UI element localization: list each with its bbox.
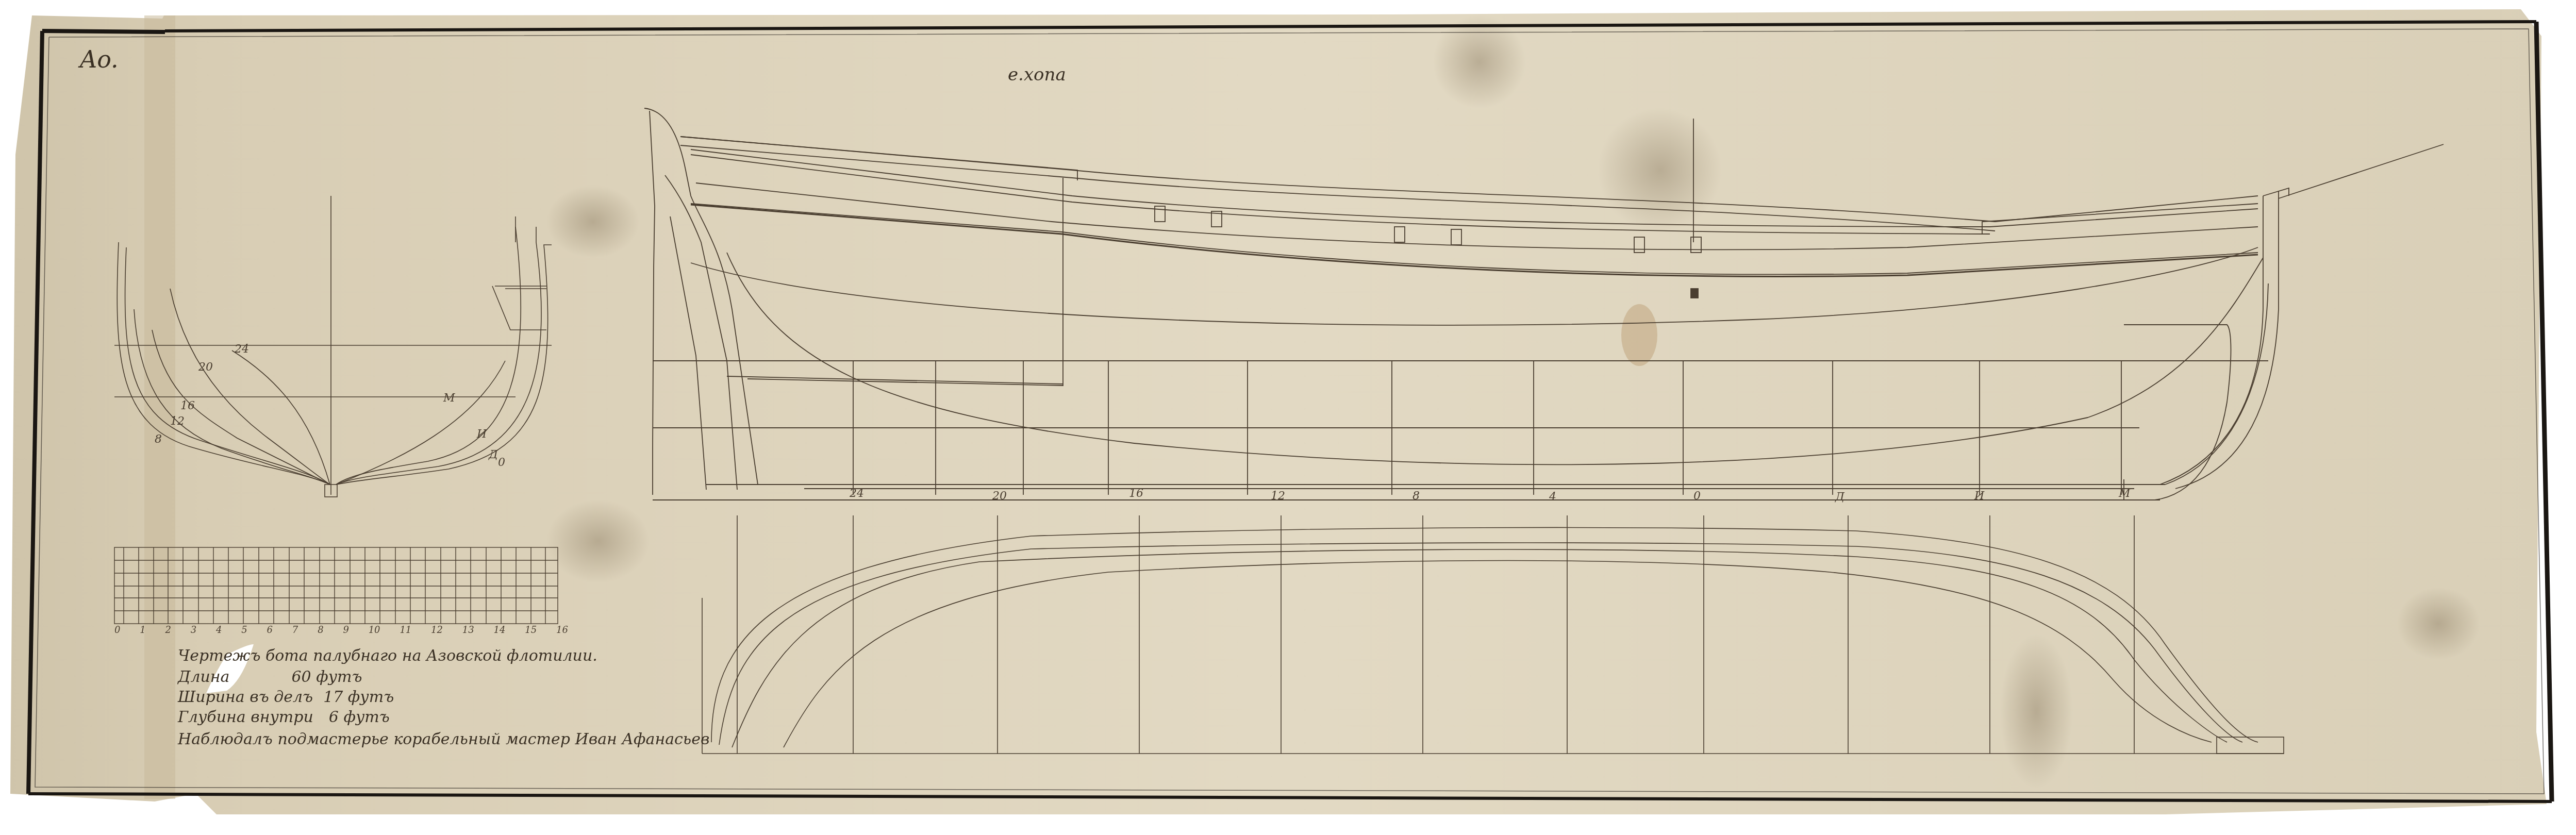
ship-draught-sheet: 24 20 16 12 8 М И Д 0 (0, 0, 2576, 835)
signature: Наблюдалъ подмастерье корабельный мастер… (178, 730, 709, 748)
specs-title: Чертежъ бота палубнаго на Азовской флоти… (178, 647, 709, 665)
spec-value: 6 футъ (329, 708, 390, 726)
spec-value: 17 футъ (323, 688, 394, 706)
spec-label: Глубина внутри (178, 708, 313, 726)
sheet-number: Ao. (80, 45, 119, 73)
spec-row-length: Длина 60 футъ (178, 668, 709, 686)
spec-label: Ширина въ делъ (178, 688, 313, 706)
header-note: е.хопа (1008, 64, 1066, 85)
spec-row-width: Ширина въ делъ 17 футъ (178, 688, 709, 706)
spec-row-depth: Глубина внутри 6 футъ (178, 708, 709, 726)
spec-value: 60 футъ (291, 668, 362, 686)
spec-label: Длина (178, 668, 229, 686)
specifications-block: Чертежъ бота палубнаго на Азовской флоти… (178, 647, 709, 748)
